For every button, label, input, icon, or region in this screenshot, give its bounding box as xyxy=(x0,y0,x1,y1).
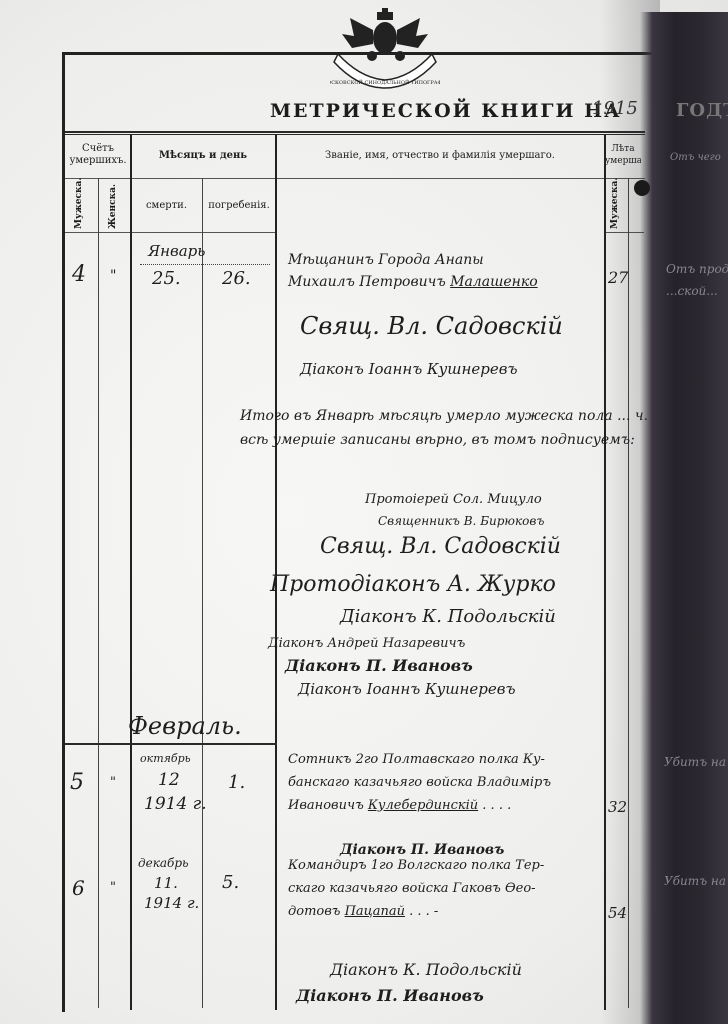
entry-6-margin-note: Убитъ на войнѣ съ Ав... xyxy=(664,874,728,888)
col-divider-count-month xyxy=(130,135,132,1010)
entry-6-death-day: 11. xyxy=(154,874,178,892)
frame-top-border xyxy=(62,52,652,55)
entry-4-number: 4 xyxy=(72,262,86,287)
entry-5-given-names: Ивановичъ xyxy=(288,798,364,813)
entry-5-death-month: октябрь xyxy=(140,752,191,765)
header-count: Счётъ умершихъ. xyxy=(66,143,130,167)
entry-5-death-day: 12 xyxy=(158,770,180,790)
subheader-death: смерти. xyxy=(131,200,202,212)
entry-4-death-day: 25. xyxy=(152,268,181,289)
header-top-rule xyxy=(65,131,645,133)
imperial-eagle-crest-icon: МОСКОВСКОЙ СИНОДАЛЬНОЙ ТИПОГРАФІИ xyxy=(330,8,440,90)
entry-4-signature-deacon: Діаконъ Іоаннъ Кушнеревъ xyxy=(300,360,517,378)
closing-signature-1: Діаконъ К. Подольскій xyxy=(330,960,522,979)
entry-4-text-line2: Михаилъ Петровичъ Малашенко xyxy=(288,274,538,290)
title-suffix-partial: ГОДЪ xyxy=(676,100,728,121)
entry-6-death-year: 1914 г. xyxy=(144,894,199,912)
entry-6-signature-above: Діаконъ П. Ивановъ xyxy=(340,842,504,858)
entry-6-surname: Пацапай xyxy=(345,904,405,919)
summary-signature-3: Свящ. Вл. Садовскій xyxy=(320,534,561,559)
summary-signature-4: Протодіаконъ А. Журко xyxy=(270,572,556,597)
entry-5-surname: Кулебердинскій xyxy=(368,798,478,813)
col-divider-male-female xyxy=(98,178,99,1008)
entry-4-burial-day: 26. xyxy=(222,268,251,289)
subheader-rule-left xyxy=(65,232,275,233)
entry-5-death-year: 1914 г. xyxy=(144,794,207,814)
entry-5-text-line2: банскаго казачьяго войска Владиміръ xyxy=(288,775,551,790)
summary-signature-7: Діаконъ П. Ивановъ xyxy=(285,656,473,675)
document-page: МОСКОВСКОЙ СИНОДАЛЬНОЙ ТИПОГРАФІИ МЕТРИЧ… xyxy=(0,0,728,1024)
entry-4-month: Январь xyxy=(148,242,205,260)
entry-5-number: 5 xyxy=(70,770,84,795)
entry-6-burial-day: 5. xyxy=(222,872,239,893)
subheader-male: Мужеска. xyxy=(74,185,84,229)
header-right-partial: Отъ чего xyxy=(670,152,721,163)
entry-6-number: 6 xyxy=(72,876,85,900)
book-binding-edge xyxy=(640,12,728,1024)
entry-6-death-month: декабрь xyxy=(138,856,189,870)
header-mid-rule xyxy=(65,178,645,179)
entry-6-female-mark: " xyxy=(110,880,116,895)
right-margin-jan-1: Отъ прод... xyxy=(666,262,728,276)
punch-hole xyxy=(634,180,650,196)
entry-4-given-names: Михаилъ Петровичъ xyxy=(288,274,446,290)
header-name: Званіе, имя, отчество и фамилія умершаго… xyxy=(276,150,604,162)
entry-5-text-line3: Ивановичъ Кулебердинскій . . . . xyxy=(288,798,511,813)
summary-signature-2: Священникъ В. Бирюковъ xyxy=(378,514,544,528)
entry-4-text-line1: Мѣщанинъ Города Анапы xyxy=(288,252,484,268)
col-divider-death-burial xyxy=(202,178,203,1008)
svg-text:МОСКОВСКОЙ СИНОДАЛЬНОЙ ТИПОГРА: МОСКОВСКОЙ СИНОДАЛЬНОЙ ТИПОГРАФІИ xyxy=(330,78,440,86)
entry-6-text-line3: дотовъ Пацапай . . . - xyxy=(288,904,438,919)
summary-signature-8: Діаконъ Іоаннъ Кушнеревъ xyxy=(298,680,515,698)
entry-5-burial-day: 1. xyxy=(228,772,245,793)
summary-signature-6: Діаконъ Андрей Назаревичъ xyxy=(268,636,465,651)
entry-4-signature-priest: Свящ. Вл. Садовскій xyxy=(300,312,563,340)
entry-6-text-line2: скаго казачьяго войска Гаковъ Ѳео- xyxy=(288,881,536,896)
entry-4-female-mark: " xyxy=(110,268,116,284)
entry-5-text-line1: Сотникъ 2го Полтавскаго полка Ку- xyxy=(288,752,545,767)
february-month-label: Февраль. xyxy=(128,712,242,740)
entry-6-text-line1: Командиръ 1го Волгскаго полка Тер- xyxy=(288,858,544,873)
entry-5-female-mark: " xyxy=(110,775,116,790)
page-title: МЕТРИЧЕСКОЙ КНИГИ НА xyxy=(270,100,622,122)
january-summary-line2: всѣ умершіе записаны вѣрно, въ томъ подп… xyxy=(240,432,635,448)
subheader-female: Женска. xyxy=(108,185,118,229)
month-underline xyxy=(140,264,270,265)
header-top-rule-2 xyxy=(65,134,645,135)
header-month-day: Мѣсяцъ и день xyxy=(131,150,275,162)
summary-signature-5: Діаконъ К. Подольскій xyxy=(340,606,556,627)
closing-signature-2: Діаконъ П. Ивановъ xyxy=(296,986,484,1005)
subheader-burial: погребенія. xyxy=(203,200,275,212)
summary-signature-1: Протоіерей Сол. Мицуло xyxy=(365,492,542,507)
frame-left-border xyxy=(62,52,65,1012)
february-divider xyxy=(65,743,277,745)
entry-6-given-names: дотовъ xyxy=(288,904,340,919)
entry-5-margin-note: Убитъ на войнѣ съ Ав... xyxy=(664,755,728,769)
right-margin-jan-2: ...ской... xyxy=(666,284,718,298)
entry-4-surname: Малашенко xyxy=(450,274,538,290)
january-summary-line1: Итого въ Январѣ мѣсяцѣ умерло мужеска по… xyxy=(240,408,648,424)
